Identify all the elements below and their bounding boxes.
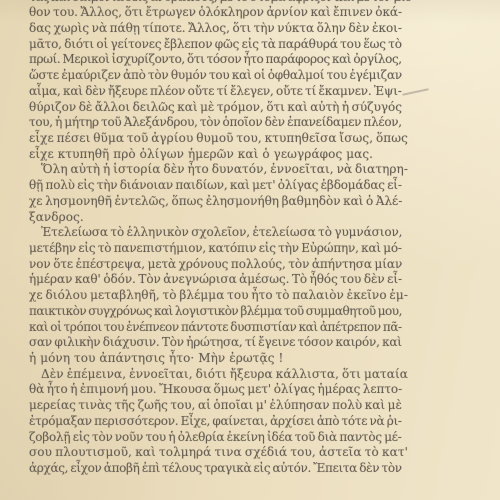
text-line: αἷμα, καὶ δὲν ἤξευρε πλέον οὔτε τί ἔλεγε… (29, 84, 408, 100)
text-line: μερείας τινὰς τῆς ζωῆς του, αἱ ὁποῖαι μ'… (29, 398, 408, 414)
text-line: ξανδρος. (29, 210, 408, 226)
text-line: θῇ πολὺ εἰς τὴν διάνοιαν παιδίων, καὶ με… (29, 178, 408, 194)
text-line: εἶχε κτυπηθῆ πρὸ ὀλίγων ἡμερῶν καὶ ὁ γεω… (29, 147, 408, 163)
text-line: μετέβην εἰς τὸ πανεπιστήμιον, κατόπιν εἰ… (29, 241, 408, 257)
text-line: Δὲν ἐπέμεινα, ἐννοεῖται, διότι ἤξευρα κά… (29, 367, 408, 383)
text-line: θύριζον δὲ ἄλλοι δειλῶς καὶ μὲ τρόμον, ὅ… (29, 100, 408, 116)
text-line: μᾶτο, διότι οἱ γείτονες ἔβλεπον φῶς εἰς … (29, 37, 408, 53)
text-line: εἶχε πέσει θῦμα τοῦ ἀγρίου θυμοῦ του, κτ… (29, 131, 408, 147)
text-line: χε λησμονηθῆ ἐντελῶς, ὅπως ἐλησμονήθη βα… (29, 194, 408, 210)
book-page: τὰς καὶ δαιμονιώδεις ἀνθρώπους, μὲ τὸ στ… (0, 0, 500, 500)
text-line: παικτικὸν συγχρόνως καὶ λογιστικὸν βλέμμ… (29, 304, 408, 320)
text-line: χε διόλου μεταβληθῆ, τὸ βλέμμα του ἦτο τ… (29, 288, 408, 304)
text-line: θὰ ἦτο ἡ ἐπιμονή μου. Ἤκουσα ὅμως μετ' ὀ… (29, 382, 408, 398)
text-line: ἡμέραν καθ' ὁδόν. Τὸν ἀνεγνώρισα ἀμέσως.… (29, 272, 408, 288)
text-line: καὶ οἱ τρόποι του ἐνέπνεον πάντοτε δυσπι… (29, 320, 408, 336)
text-line: θον του. Ἄλλος, ὅτι ἔτρωγεν ὁλόκληρον ἀρ… (29, 5, 408, 21)
page-text: τὰς καὶ δαιμονιώδεις ἀνθρώπους, μὲ τὸ στ… (29, 0, 408, 477)
text-line: ἡ μόνη του ἀπάντησις ἦτο· Μὴν ἐρωτᾷς ! (29, 351, 408, 367)
text-line: Ἐτελείωσα τὸ ἑλληνικὸν σχολεῖον, ἐτελείω… (29, 225, 408, 241)
text-line: ἐτρόμαξαν περισσότερον. Εἶχε, φαίνεται, … (29, 414, 408, 430)
text-line: πρωί. Μερικοὶ ἰσχυρίζοντο, ὅτι τόσον ἦτο… (29, 52, 408, 68)
text-line: του, ἡ μήτηρ τοῦ Ἀλεξάνδρου, τὸν ὁποῖον … (29, 115, 408, 131)
text-line: Ὅλη αὐτὴ ἡ ἱστορία δὲν ἦτο δυνατόν, ἐννο… (29, 162, 408, 178)
text-line: ζοβολῇ εἰς τὸν νοῦν του ἡ ὀλεθρία ἐκείνη… (29, 430, 408, 446)
text-line: σου πλουτισμοῦ, καὶ τολμηρά τινα σχέδιά … (29, 445, 408, 461)
text-line: δας χωρὶς νὰ πάθῃ τίποτε. Ἄλλος, ὅτι τὴν… (29, 21, 408, 37)
text-line: νον ὅτε ἐπέστρεψα, μετὰ χρόνους πολλούς,… (29, 257, 408, 273)
text-line: ἀρχάς, εἶχον ἀποβῆ ἐπὶ τέλους τραγικὰ εἰ… (29, 461, 408, 477)
text-line: ὥστε ἐμαύριζεν ἀπὸ τὸν θυμόν του καὶ οἱ … (29, 68, 408, 84)
text-line: σαν φιλικὴν διάχυσιν. Τὸν ἠρώτησα, τί ἔγ… (29, 335, 408, 351)
